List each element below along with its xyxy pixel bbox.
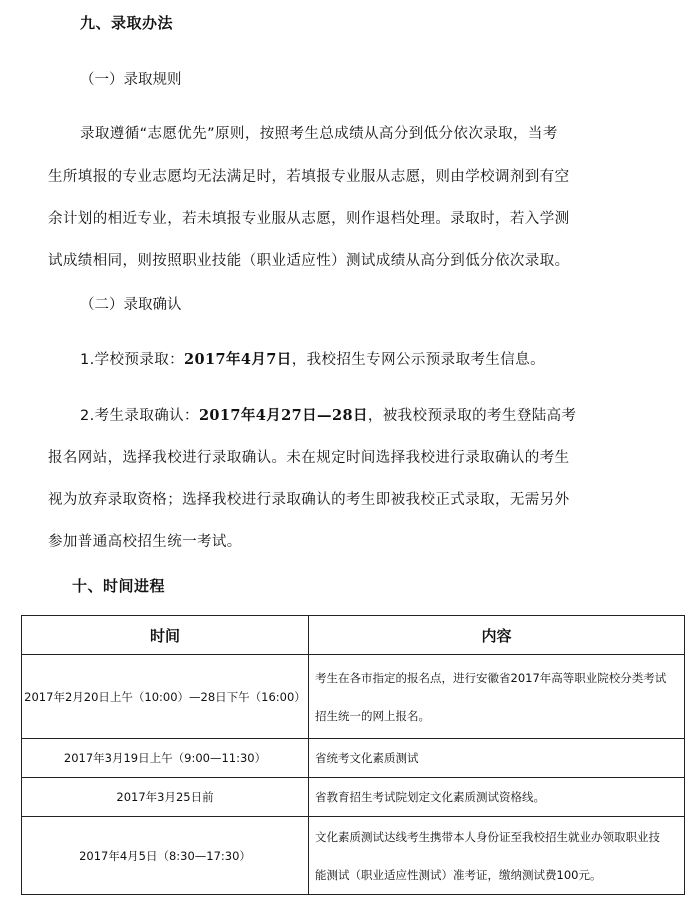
content-cell: 省统考文化素质测试 <box>309 739 685 778</box>
column-header-time: 时间 <box>22 616 309 655</box>
paragraph-line: 生所填报的专业志愿均无法满足时，若填报专业服从志愿，则由学校调剂到有空 <box>48 165 570 186</box>
content-line: 省统考文化素质测试 <box>315 739 684 777</box>
item-suffix: ，我校招生专网公示预录取考生信息。 <box>292 352 545 368</box>
pre-admission-item: 1.学校预录取：2017年4月7日，我校招生专网公示预录取考生信息。 <box>80 348 545 369</box>
time-cell: 2017年3月25日前 <box>22 778 309 817</box>
item-prefix: 1.学校预录取： <box>80 352 184 368</box>
table-row: 2017年2月20日上午（10:00）—28日下午（16:00） 考生在各市指定… <box>22 655 685 739</box>
time-cell: 2017年3月19日上午（9:00—11:30） <box>22 739 309 778</box>
content-line: 文化素质测试达线考生携带本人身份证至我校招生就业办领取职业技 <box>315 818 684 856</box>
column-header-content: 内容 <box>309 616 685 655</box>
timeline-table: 时间 内容 2017年2月20日上午（10:00）—28日下午（16:00） 考… <box>21 615 685 895</box>
content-cell: 文化素质测试达线考生携带本人身份证至我校招生就业办领取职业技 能测试（职业适应性… <box>309 817 685 895</box>
time-cell: 2017年2月20日上午（10:00）—28日下午（16:00） <box>22 655 309 739</box>
section-9-heading: 九、录取办法 <box>80 12 173 33</box>
section-10-heading: 十、时间进程 <box>72 575 165 596</box>
item-date: 2017年4月27日—28日 <box>199 407 368 424</box>
table-row: 2017年3月25日前 省教育招生考试院划定文化素质测试资格线。 <box>22 778 685 817</box>
paragraph-line: 余计划的相近专业，若未填报专业服从志愿，则作退档处理。录取时，若入学测 <box>48 207 570 228</box>
table-row: 2017年4月5日（8:30—17:30） 文化素质测试达线考生携带本人身份证至… <box>22 817 685 895</box>
item-date: 2017年4月7日 <box>184 351 292 368</box>
content-line: 能测试（职业适应性测试）准考证，缴纳测试费100元。 <box>315 856 684 894</box>
content-cell: 省教育招生考试院划定文化素质测试资格线。 <box>309 778 685 817</box>
item-first-line: 2.考生录取确认：2017年4月27日—28日，被我校预录取的考生登陆高考 <box>80 404 576 425</box>
time-cell: 2017年4月5日（8:30—17:30） <box>22 817 309 895</box>
paragraph-line: 视为放弃录取资格；选择我校进行录取确认的考生即被我校正式录取，无需另外 <box>48 488 570 509</box>
content-cell: 考生在各市指定的报名点，进行安徽省2017年高等职业院校分类考试 招生统一的网上… <box>309 655 685 739</box>
paragraph-line: 参加普通高校招生统一考试。 <box>48 530 242 551</box>
content-line: 招生统一的网上报名。 <box>315 697 684 735</box>
item-suffix: ，被我校预录取的考生登陆高考 <box>368 408 577 424</box>
table-header-row: 时间 内容 <box>22 616 685 655</box>
item-prefix: 2.考生录取确认： <box>80 408 199 424</box>
table-row: 2017年3月19日上午（9:00—11:30） 省统考文化素质测试 <box>22 739 685 778</box>
paragraph-line: 报名网站，选择我校进行录取确认。未在规定时间选择我校进行录取确认的考生 <box>48 446 570 467</box>
subsection-admission-confirm-heading: （二）录取确认 <box>80 293 182 314</box>
paragraph-line: 试成绩相同，则按照职业技能（职业适应性）测试成绩从高分到低分依次录取。 <box>48 249 570 270</box>
content-line: 省教育招生考试院划定文化素质测试资格线。 <box>315 778 684 816</box>
paragraph-line: 录取遵循“志愿优先”原则，按照考生总成绩从高分到低分依次录取，当考 <box>80 122 558 143</box>
content-line: 考生在各市指定的报名点，进行安徽省2017年高等职业院校分类考试 <box>315 659 684 697</box>
subsection-admission-rules-heading: （一）录取规则 <box>80 68 182 89</box>
